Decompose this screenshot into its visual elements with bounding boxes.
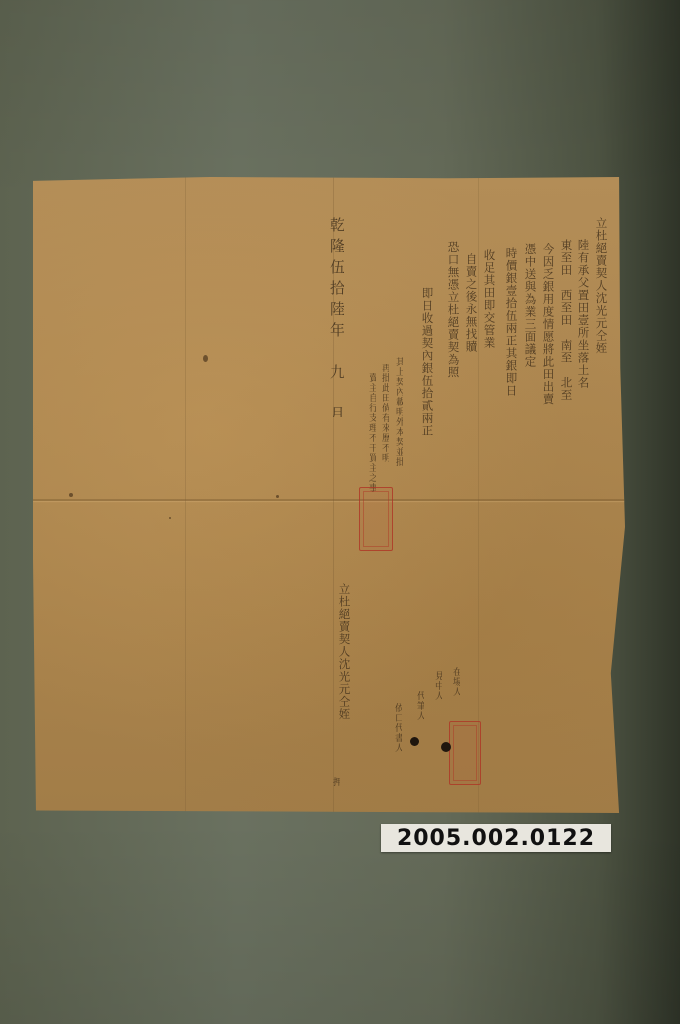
witness-label: 在場人	[451, 667, 460, 747]
deed-body-line: 收足其田即交管業	[483, 249, 495, 579]
deed-body-line: 自賣之後永無找贖	[465, 253, 477, 473]
seller-signature: 立杜絕賣契人沈光元仝姪	[338, 583, 350, 793]
deed-date: 乾隆伍拾陸年 九 月	[329, 217, 344, 417]
horizontal-fold-line	[33, 499, 625, 501]
fingerprint-mark	[441, 742, 451, 752]
deed-body-line: 時價銀壹拾伍兩正其銀即日	[505, 247, 517, 807]
deed-body-line: 立杜絕賣契人沈光元仝姪	[595, 217, 607, 807]
receipt-line: 即日收過契內銀伍拾貳兩正	[421, 287, 433, 587]
ink-stain	[203, 355, 208, 362]
note-line: 其上契內載明外本契並批	[394, 357, 403, 537]
catalog-number-label: 2005.002.0122	[381, 824, 611, 852]
red-seal-stamp	[359, 487, 393, 551]
vertical-fold-line	[478, 177, 479, 813]
middleman-label: 見中人	[433, 671, 442, 751]
deed-body-line: 憑中送與為業三面議定	[524, 243, 536, 803]
scribe-label: 代筆人	[415, 691, 424, 771]
catalog-number: 2005.002.0122	[397, 826, 595, 851]
deed-body-line: 恐口無憑立杜絕賣契為照	[447, 241, 459, 481]
vertical-fold-line	[185, 177, 186, 813]
proxy-scribe-label: 依口代書人	[393, 703, 402, 783]
deed-body-line: 今因乏銀用度情愿將此田出賣	[542, 243, 554, 803]
ink-stain	[276, 495, 279, 498]
deed-body-line: 東至田 西至田 南至 北至	[560, 239, 572, 809]
deed-paper: 乾隆伍拾陸年 九 月 立杜絕賣契人沈光元仝姪 陸有承父置田壹所坐落土名 東至田 …	[33, 177, 625, 813]
fingerprint-mark	[410, 737, 419, 746]
deed-body-line: 陸有承父置田壹所坐落土名	[577, 239, 589, 809]
ink-stain	[169, 517, 171, 519]
ink-stain	[69, 493, 73, 497]
signature-mark: 押	[331, 777, 340, 807]
